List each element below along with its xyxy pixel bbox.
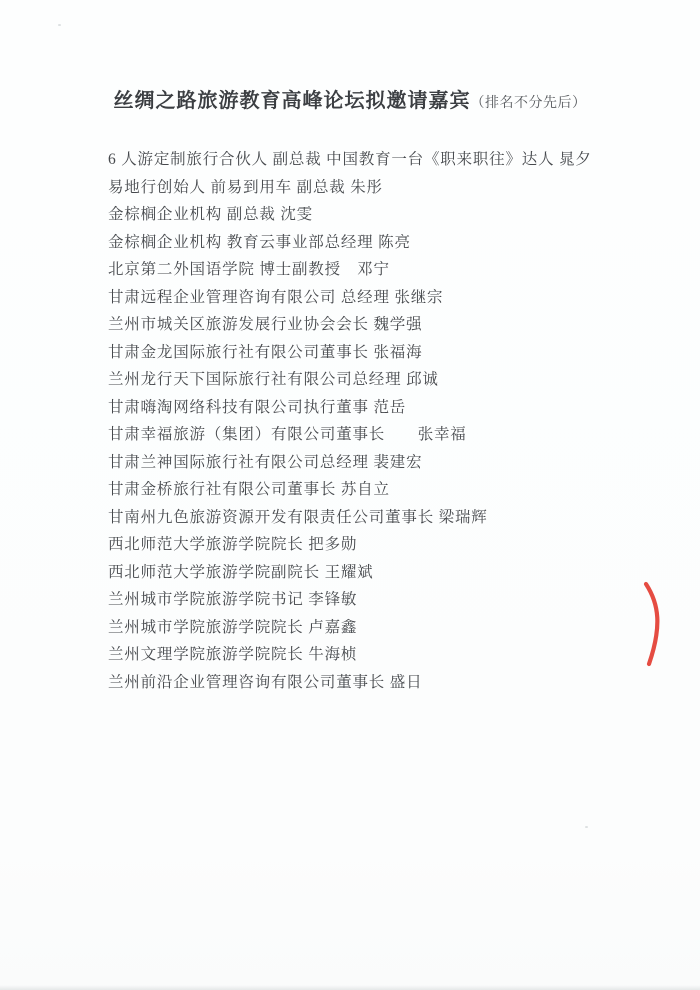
guest-line: 西北师范大学旅游学院副院长 王耀斌 <box>108 559 670 587</box>
guest-line: 兰州前沿企业管理咨询有限公司董事长 盛日 <box>108 669 670 697</box>
guest-line: 甘肃兰神国际旅行社有限公司总经理 裴建宏 <box>108 449 670 477</box>
scan-speck <box>585 826 588 828</box>
guest-line: 金棕榈企业机构 副总裁 沈雯 <box>108 201 670 229</box>
guest-line: 金棕榈企业机构 教育云事业部总经理 陈亮 <box>108 229 670 257</box>
guest-line: 兰州龙行天下国际旅行社有限公司总经理 邱诚 <box>108 366 670 394</box>
guest-line: 甘肃远程企业管理咨询有限公司 总经理 张继宗 <box>108 284 670 312</box>
guest-line: 北京第二外国语学院 博士副教授 邓宁 <box>108 256 670 284</box>
scan-bottom-edge <box>0 985 700 990</box>
guest-line: 兰州文理学院旅游学院院长 牛海桢 <box>108 641 670 669</box>
red-pen-stroke <box>646 584 657 664</box>
guest-line: 兰州城市学院旅游学院院长 卢嘉鑫 <box>108 614 670 642</box>
guest-list: 6 人游定制旅行合伙人 副总裁 中国教育一台《职来职往》达人 晁夕易地行创始人 … <box>108 146 670 696</box>
page-title-main: 丝绸之路旅游教育高峰论坛拟邀请嘉宾 <box>114 90 471 112</box>
guest-line: 6 人游定制旅行合伙人 副总裁 中国教育一台《职来职往》达人 晁夕 <box>108 146 670 174</box>
guest-line: 甘肃金桥旅行社有限公司董事长 苏自立 <box>108 476 670 504</box>
guest-line: 西北师范大学旅游学院院长 把多勋 <box>108 531 670 559</box>
guest-line: 甘肃金龙国际旅行社有限公司董事长 张福海 <box>108 339 670 367</box>
guest-line: 甘肃嗨淘网络科技有限公司执行董事 范岳 <box>108 394 670 422</box>
red-pen-mark <box>636 578 672 670</box>
page-title: 丝绸之路旅游教育高峰论坛拟邀请嘉宾（排名不分先后） <box>0 84 700 113</box>
document-page: 丝绸之路旅游教育高峰论坛拟邀请嘉宾（排名不分先后） 6 人游定制旅行合伙人 副总… <box>0 0 700 990</box>
scan-speck <box>58 24 61 26</box>
guest-line: 甘肃幸福旅游（集团）有限公司董事长 张幸福 <box>108 421 670 449</box>
page-title-note: （排名不分先后） <box>471 94 587 110</box>
guest-line: 兰州市城关区旅游发展行业协会会长 魏学强 <box>108 311 670 339</box>
guest-line: 易地行创始人 前易到用车 副总裁 朱彤 <box>108 174 670 202</box>
guest-line: 兰州城市学院旅游学院书记 李锋敏 <box>108 586 670 614</box>
guest-line: 甘南州九色旅游资源开发有限责任公司董事长 梁瑞辉 <box>108 504 670 532</box>
